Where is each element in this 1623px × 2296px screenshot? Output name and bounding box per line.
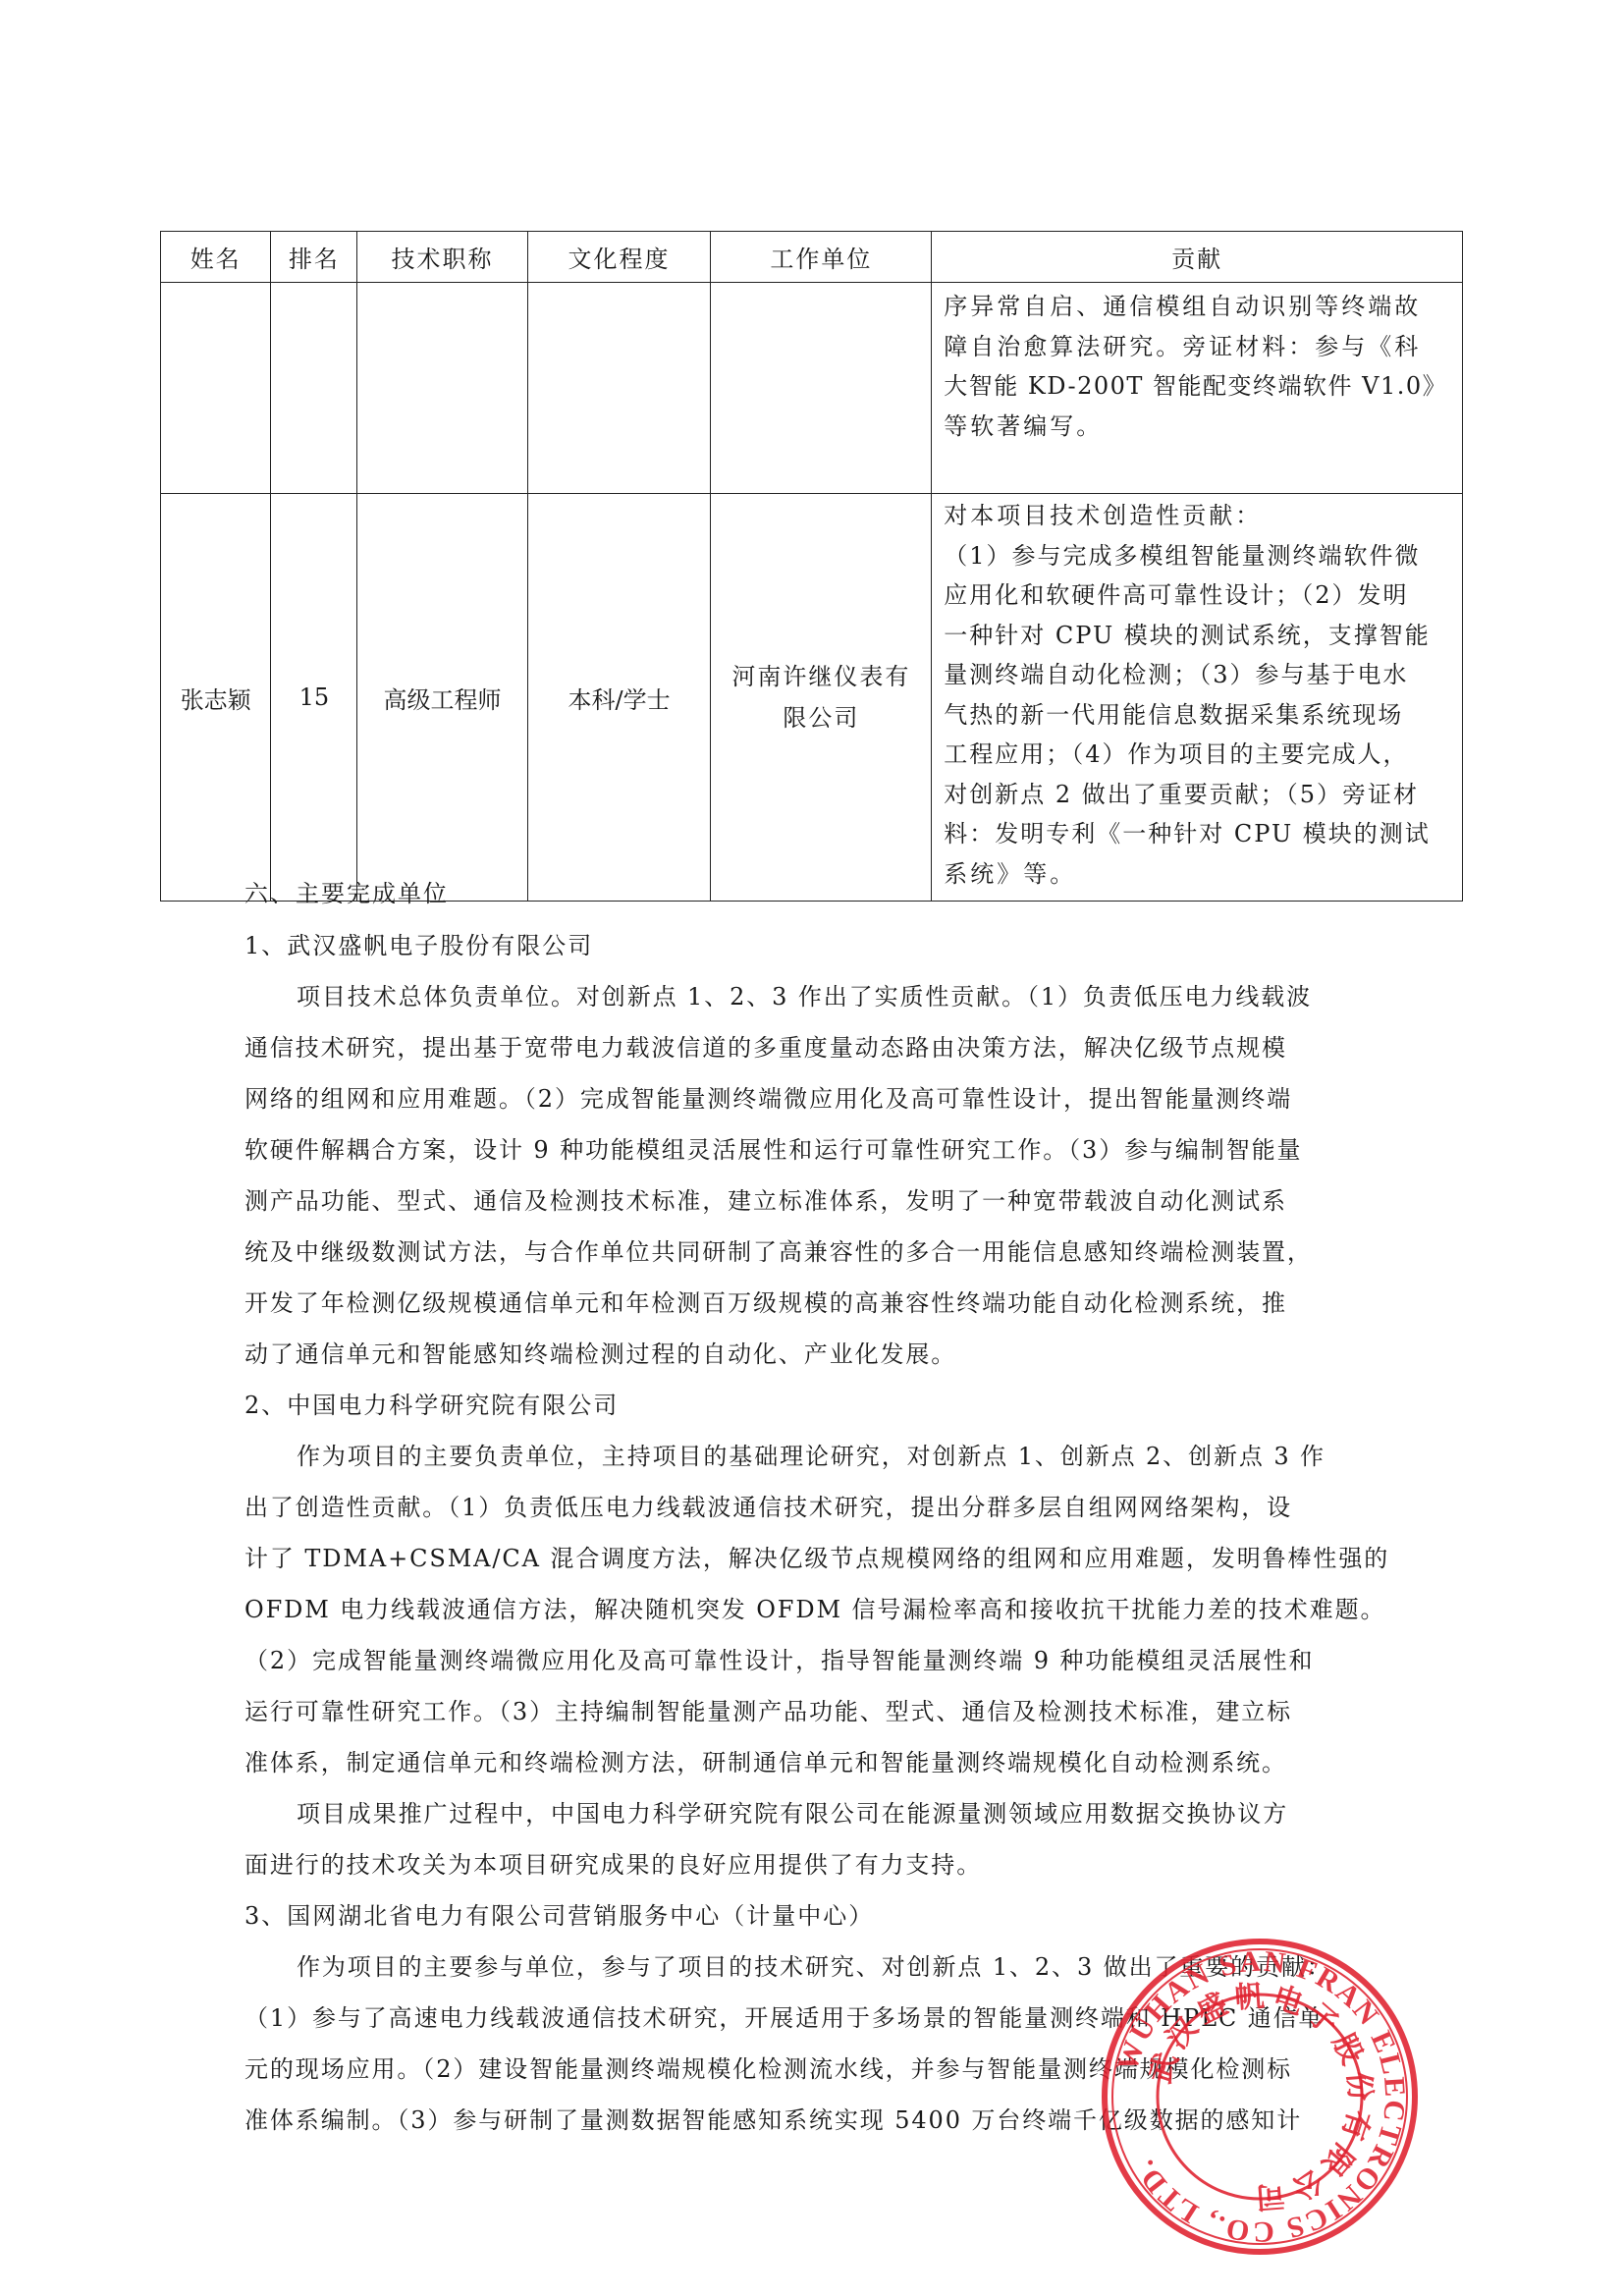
paragraph-line: 准体系编制。（3）参与研制了量测数据智能感知系统实现 5400 万台终端千亿级数… — [244, 2105, 1302, 2135]
header-title: 技术职称 — [357, 232, 527, 283]
unit-line: 河南许继仪表有 — [711, 656, 931, 697]
contribution-line: 对本项目技术创造性贡献： — [944, 496, 1452, 536]
cell-education: 本科/学士 — [527, 494, 711, 902]
contribution-line: 工程应用；（4）作为项目的主要完成人， — [944, 735, 1452, 775]
paragraph-line: 测产品功能、型式、通信及检测技术标准，建立标准体系，发明了一种宽带载波自动化测试… — [244, 1186, 1287, 1216]
paragraph-line: 元的现场应用。（2）建设智能量测终端规模化检测流水线，并参与智能量测终端规模化检… — [244, 2054, 1292, 2084]
contribution-line: （1）参与完成多模组智能量测终端软件微 — [944, 536, 1452, 576]
table-row: 张志颖 15 高级工程师 本科/学士 河南许继仪表有 限公司 对本项目技术创造性… — [161, 494, 1463, 902]
table-header-row: 姓名 排名 技术职称 文化程度 工作单位 贡献 — [161, 232, 1463, 283]
contribution-line: 系统》等。 — [944, 854, 1452, 895]
cell-name — [161, 283, 271, 494]
unit-title-2: 2、中国电力科学研究院有限公司 — [244, 1391, 619, 1420]
unit-title-1: 1、武汉盛帆电子股份有限公司 — [244, 931, 593, 960]
cell-rank — [271, 283, 357, 494]
contribution-line: 气热的新一代用能信息数据采集系统现场 — [944, 695, 1452, 736]
paragraph-line: 软硬件解耦合方案，设计 9 种功能模组灵活展性和运行可靠性研究工作。（3）参与编… — [244, 1135, 1302, 1165]
contribution-line: 等软著编写。 — [944, 407, 1452, 447]
paragraph-line: 准体系，制定通信单元和终端检测方法，研制通信单元和智能量测终端规模化自动检测系统… — [244, 1748, 1287, 1777]
seal-outer-text: WUHAN SAN FRAN ELECTRONICS CO., LTD. — [1111, 1945, 1412, 2249]
paragraph-line: 统及中继级数测试方法，与合作单位共同研制了高兼容性的多合一用能信息感知终端检测装… — [244, 1237, 1313, 1267]
paragraph-line: 网络的组网和应用难题。（2）完成智能量测终端微应用化及高可靠性设计，提出智能量测… — [244, 1084, 1292, 1114]
contribution-line: 量测终端自动化检测；（3）参与基于电水 — [944, 655, 1452, 695]
cell-contribution: 序异常自启、通信模组自动识别等终端故 障自治愈算法研究。旁证材料：参与《科 大智… — [932, 283, 1463, 494]
cell-name: 张志颖 — [161, 494, 271, 902]
paragraph-line: 项目技术总体负责单位。对创新点 1、2、3 作出了实质性贡献。（1）负责低压电力… — [297, 982, 1312, 1011]
paragraph-line: 出了创造性贡献。（1）负责低压电力线载波通信技术研究，提出分群多层自组网网络架构… — [244, 1493, 1292, 1522]
cell-unit: 河南许继仪表有 限公司 — [711, 494, 932, 902]
paragraph-line: 计了 TDMA+CSMA/CA 混合调度方法，解决亿级节点规模网络的组网和应用难… — [244, 1544, 1389, 1573]
header-education: 文化程度 — [527, 232, 711, 283]
cell-unit — [711, 283, 932, 494]
paragraph-line: OFDM 电力线载波通信方法，解决随机突发 OFDM 信号漏检率高和接收抗干扰能… — [244, 1595, 1385, 1624]
contribution-line: 障自治愈算法研究。旁证材料：参与《科 — [944, 327, 1452, 367]
paragraph-line: 项目成果推广过程中，中国电力科学研究院有限公司在能源量测领域应用数据交换协议方 — [297, 1799, 1288, 1829]
paragraph-line: （1）参与了高速电力线载波通信技术研究，开展适用于多场景的智能量测终端和 HPL… — [244, 2003, 1324, 2033]
paragraph-line: 面进行的技术攻关为本项目研究成果的良好应用提供了有力支持。 — [244, 1850, 982, 1880]
document-page: 姓名 排名 技术职称 文化程度 工作单位 贡献 序异常自启、通信模组自动识别等终… — [0, 0, 1623, 2296]
paragraph-line: 动了通信单元和智能感知终端检测过程的自动化、产业化发展。 — [244, 1339, 956, 1369]
contribution-line: 序异常自启、通信模组自动识别等终端故 — [944, 287, 1452, 327]
cell-contribution: 对本项目技术创造性贡献： （1）参与完成多模组智能量测终端软件微 应用化和软硬件… — [932, 494, 1463, 902]
unit-title-3: 3、国网湖北省电力有限公司营销服务中心（计量中心） — [244, 1901, 874, 1931]
header-contribution: 贡献 — [932, 232, 1463, 283]
paragraph-line: 通信技术研究，提出基于宽带电力载波信道的多重度量动态路由决策方法，解决亿级节点规… — [244, 1033, 1287, 1063]
contribution-line: 对创新点 2 做出了重要贡献；（5）旁证材 — [944, 775, 1452, 815]
contribution-line: 大智能 KD-200T 智能配变终端软件 V1.0》 — [944, 366, 1452, 407]
contribution-line: 料：发明专利《一种针对 CPU 模块的测试 — [944, 814, 1452, 854]
header-name: 姓名 — [161, 232, 271, 283]
paragraph-line: 作为项目的主要参与单位，参与了项目的技术研究、对创新点 1、2、3 做出了重要的… — [297, 1952, 1332, 1982]
contribution-line: 应用化和软硬件高可靠性设计；（2）发明 — [944, 575, 1452, 616]
company-seal-icon: WUHAN SAN FRAN ELECTRONICS CO., LTD. 武汉盛… — [1098, 1935, 1422, 2259]
table-row: 序异常自启、通信模组自动识别等终端故 障自治愈算法研究。旁证材料：参与《科 大智… — [161, 283, 1463, 494]
unit-line: 限公司 — [711, 697, 931, 738]
cell-education — [527, 283, 711, 494]
header-unit: 工作单位 — [711, 232, 932, 283]
header-rank: 排名 — [271, 232, 357, 283]
svg-text:WUHAN SAN FRAN ELECTRONICS CO.: WUHAN SAN FRAN ELECTRONICS CO., LTD. — [1111, 1945, 1412, 2249]
paragraph-line: 运行可靠性研究工作。（3）主持编制智能量测产品功能、型式、通信及检测技术标准，建… — [244, 1697, 1292, 1726]
paragraph-line: 开发了年检测亿级规模通信单元和年检测百万级规模的高兼容性终端功能自动化检测系统，… — [244, 1288, 1287, 1318]
cell-rank: 15 — [271, 494, 357, 902]
contributors-table: 姓名 排名 技术职称 文化程度 工作单位 贡献 序异常自启、通信模组自动识别等终… — [160, 231, 1463, 902]
section-heading: 六、主要完成单位 — [244, 879, 449, 908]
paragraph-line: （2）完成智能量测终端微应用化及高可靠性设计，指导智能量测终端 9 种功能模组灵… — [244, 1646, 1314, 1675]
contribution-line: 一种针对 CPU 模块的测试系统，支撑智能 — [944, 616, 1452, 656]
cell-title — [357, 283, 527, 494]
cell-title: 高级工程师 — [357, 494, 527, 902]
paragraph-line: 作为项目的主要负责单位，主持项目的基础理论研究，对创新点 1、创新点 2、创新点… — [297, 1442, 1325, 1471]
